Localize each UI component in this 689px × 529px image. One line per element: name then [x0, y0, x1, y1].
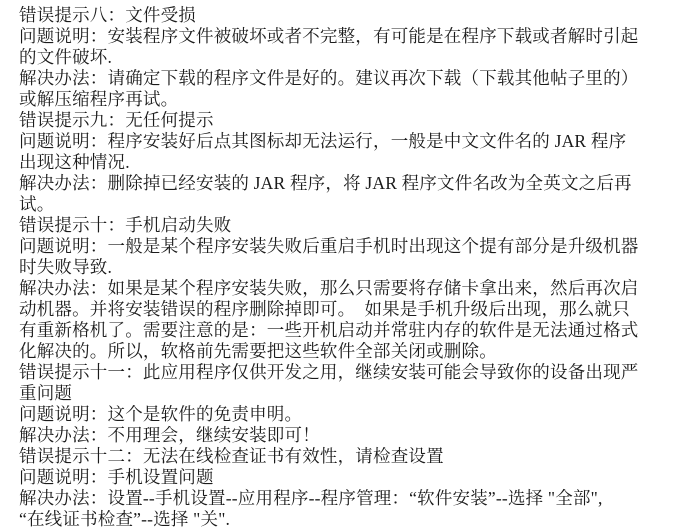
solution-line: 解决办法：删除掉已经安装的 JAR 程序，将 JAR 程序文件名改为全英文之后再	[19, 173, 672, 194]
continuation-line: 试。	[19, 194, 672, 215]
problem-line: 问题说明：程序安装好后点其图标却无法运行，一般是中文文件名的 JAR 程序	[19, 131, 672, 152]
error-title-line: 错误提示八：文件受损	[19, 5, 672, 26]
error-title-line: 错误提示九：无任何提示	[19, 110, 672, 131]
continuation-line: 或解压缩程序再试。	[19, 89, 672, 110]
problem-line: 问题说明：安装程序文件被破坏或者不完整，有可能是在程序下载或者解时引起	[19, 26, 672, 47]
problem-line: 问题说明：这个是软件的免责申明。	[19, 404, 672, 425]
problem-line: 问题说明：手机设置问题	[19, 467, 672, 488]
continuation-line: 时失败导致.	[19, 257, 672, 278]
error-title-line: 错误提示十二：无法在线检查证书有效性，请检查设置	[19, 446, 672, 467]
problem-line: 问题说明：一般是某个程序安装失败后重启手机时出现这个提有部分是升级机器	[19, 236, 672, 257]
solution-line: 解决办法：设置--手机设置--应用程序--程序管理：“软件安装”--选择 "全部…	[19, 488, 672, 509]
solution-line: 解决办法：如果是某个程序安装失败，那么只需要将存储卡拿出来，然后再次启	[19, 278, 672, 299]
document-page: 错误提示八：文件受损 问题说明：安装程序文件被破坏或者不完整，有可能是在程序下载…	[0, 0, 689, 529]
continuation-line: 化解决的。所以，软格前先需要把这些软件全部关闭或删除。	[19, 341, 672, 362]
continuation-line: 的文件破坏.	[19, 47, 672, 68]
error-title-line: 错误提示十一：此应用程序仅供开发之用，继续安装可能会导致你的设备出现严	[19, 362, 672, 383]
continuation-line: “在线证书检查”--选择 "关".	[19, 509, 672, 529]
continuation-line: 重问题	[19, 383, 672, 404]
continuation-line: 出现这种情况.	[19, 152, 672, 173]
continuation-line: 动机器。并将安装错误的程序删除掉即可。 如果是手机升级后出现，那么就只	[19, 299, 672, 320]
solution-line: 解决办法：不用理会，继续安装即可！	[19, 425, 672, 446]
error-title-line: 错误提示十：手机启动失败	[19, 215, 672, 236]
solution-line: 解决办法：请确定下载的程序文件是好的。建议再次下载（下载其他帖子里的）	[19, 68, 672, 89]
continuation-line: 有重新格机了。需要注意的是：一些开机启动并常驻内存的软件是无法通过格式	[19, 320, 672, 341]
